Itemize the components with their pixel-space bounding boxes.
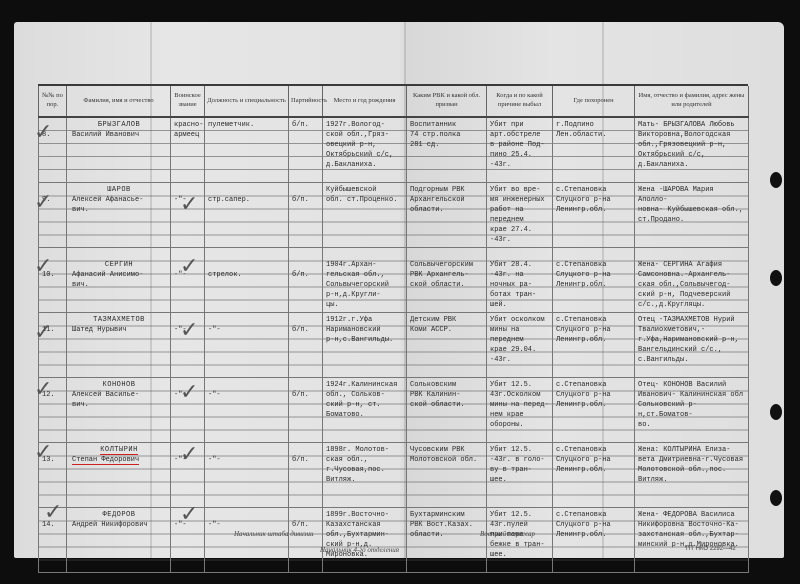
party-cell: б/п. bbox=[289, 248, 323, 313]
col-header-rank: Воинское звание bbox=[171, 86, 205, 117]
surname: ТАЗМАХМЕТОВ bbox=[70, 315, 168, 325]
name-cell: КОЛТЫРИНСтепан Федорович bbox=[67, 443, 171, 508]
party-cell: б/п. bbox=[289, 313, 323, 378]
check-mark-icon: ✓ bbox=[180, 318, 198, 343]
name-cell: СЕРГИНАфанасий Анисимо- вич. bbox=[67, 248, 171, 313]
position-cell: стрелок. bbox=[205, 248, 289, 313]
relatives-cell: Отец- КОНОНОВ Василий Иванович- Калининс… bbox=[635, 378, 749, 443]
surname: ШАРОВ bbox=[70, 185, 168, 195]
col-header-rvk: Каким РВК и какой обл. призван bbox=[407, 86, 487, 117]
party-cell: б/п. bbox=[289, 183, 323, 248]
name-cell: БРЫЗГАЛОВВасилий Иванович bbox=[67, 117, 171, 183]
rvk-cell: Воспитанник 74 стр.полка 281 сд. bbox=[407, 117, 487, 183]
rvk-cell: Сольвычегорским РВК Архангель- ской обла… bbox=[407, 248, 487, 313]
buried-cell: г.Подпино Лен.области. bbox=[553, 117, 635, 183]
buried-cell: с.Степановка Слуцкого р-на Ленингр.обл. bbox=[553, 508, 635, 573]
birth-cell: 1904г.Архан- гельская обл., Сольвычегорс… bbox=[323, 248, 407, 313]
check-mark-icon: ✓ bbox=[180, 254, 198, 279]
position-cell: стр.сапер. bbox=[205, 183, 289, 248]
rvk-cell: Сольковским РВК Калинин- ской области. bbox=[407, 378, 487, 443]
punch-hole bbox=[770, 270, 782, 286]
relatives-cell: Жена -ШАРОВА Мария Аполло- новна- Куйбыш… bbox=[635, 183, 749, 248]
signature-military-commissar: Военный комиссар bbox=[480, 530, 535, 538]
given-name: Афанасий Анисимо- вич. bbox=[70, 270, 168, 290]
birth-cell: 1898г. Молотов- ская обл., г.Чусовая,пос… bbox=[323, 443, 407, 508]
col-header-name: Фамилия, имя и отчество bbox=[67, 86, 171, 117]
signature-chief-of-staff: Начальник штаба дивизии bbox=[234, 530, 314, 538]
check-mark-icon: ✓ bbox=[34, 190, 52, 215]
surname: БРЫЗГАЛОВ bbox=[70, 120, 168, 130]
birth-cell: Куйбышевской обл. ст.Проценко. bbox=[323, 183, 407, 248]
check-mark-icon: ✓ bbox=[180, 380, 198, 405]
name-cell: ШАРОВАлексей Афанасье- вич. bbox=[67, 183, 171, 248]
check-mark-icon: ✓ bbox=[34, 254, 52, 279]
reason-cell: Убит 28.4. -43г. на ночных ра- ботах тра… bbox=[487, 248, 553, 313]
rvk-cell: Подгорным РВК Архангельской области. bbox=[407, 183, 487, 248]
check-mark-icon: ✓ bbox=[180, 502, 198, 527]
relatives-cell: Жена- ФЕДОРОВА Василиса Никифоровна Вост… bbox=[635, 508, 749, 573]
given-name: Василий Иванович bbox=[70, 130, 168, 140]
party-cell: б/п. bbox=[289, 443, 323, 508]
col-header-birth: Место и год рождения bbox=[323, 86, 407, 117]
header-row: №№ по пор. Фамилия, имя и отчество Воинс… bbox=[39, 86, 749, 117]
birth-cell: 1927г.Вологод- ской обл.,Гряз- овецкий р… bbox=[323, 117, 407, 183]
punch-hole bbox=[770, 404, 782, 420]
check-mark-icon: ✓ bbox=[34, 377, 52, 402]
given-name: Степан Федорович bbox=[70, 455, 168, 465]
buried-cell: с.Степановка Слуцкого р-на Ленингр.обл. bbox=[553, 248, 635, 313]
punch-hole bbox=[770, 490, 782, 506]
position-cell: -"- bbox=[205, 443, 289, 508]
table-row: 12. КОНОНОВАлексей Василье- вич. -"- -"-… bbox=[39, 378, 749, 443]
casualty-register-table: №№ по пор. Фамилия, имя и отчество Воинс… bbox=[38, 86, 749, 573]
birth-cell: 1912г.г.Уфа Наримановский р-н,с.Вангильд… bbox=[323, 313, 407, 378]
reason-cell: Убит во вре- мя инженерных работ на пере… bbox=[487, 183, 553, 248]
position-cell: -"- bbox=[205, 508, 289, 573]
birth-cell: 1924г.Калининская обл., Сольков- ский р-… bbox=[323, 378, 407, 443]
reason-cell: Убит при арт.обстреле в районе Под- пино… bbox=[487, 117, 553, 183]
party-cell: б/п. bbox=[289, 508, 323, 573]
relatives-cell: Жена: КОЛТЫРИНА Елиза- вета Дмитриевна-г… bbox=[635, 443, 749, 508]
buried-cell: с.Степановка Слуцкого р-на Ленингр.обл. bbox=[553, 313, 635, 378]
rvk-cell: Детским РВК Коми АССР. bbox=[407, 313, 487, 378]
table-row: 10. СЕРГИНАфанасий Анисимо- вич. -"- стр… bbox=[39, 248, 749, 313]
check-mark-icon: ✓ bbox=[180, 442, 198, 467]
buried-cell: с.Степановка Слуцкого р-на Ленингр.обл. bbox=[553, 183, 635, 248]
table-row: 11. ТАЗМАХМЕТОВШатед Нурывич -"- -"- б/п… bbox=[39, 313, 749, 378]
col-header-reason: Когда и по какой причине выбыл bbox=[487, 86, 553, 117]
rank-cell: красно- армеец bbox=[171, 117, 205, 183]
check-mark-icon: ✓ bbox=[34, 320, 52, 345]
check-mark-icon: ✓ bbox=[180, 192, 198, 217]
name-cell: КОНОНОВАлексей Василье- вич. bbox=[67, 378, 171, 443]
document-sheet: №№ по пор. Фамилия, имя и отчество Воинс… bbox=[14, 22, 784, 558]
rvk-cell: Бухтарминским РВК Вост.Казах. области. bbox=[407, 508, 487, 573]
table-row: 8. БРЫЗГАЛОВВасилий Иванович красно- арм… bbox=[39, 117, 749, 183]
relatives-cell: Отец -ТАЗМАХМЕТОВ Нурий Твалиохметович,-… bbox=[635, 313, 749, 378]
reason-cell: Убит осколком мины на переднем крае 29.0… bbox=[487, 313, 553, 378]
surname: КОНОНОВ bbox=[70, 380, 168, 390]
position-cell: пулеметчик. bbox=[205, 117, 289, 183]
buried-cell: с.Степановка Слуцкого р-на Ленингр.обл. bbox=[553, 443, 635, 508]
party-cell: б/п. bbox=[289, 378, 323, 443]
buried-cell: с.Степановка Слуцкого р-на Ленингр.обл. bbox=[553, 378, 635, 443]
table-row: 13. КОЛТЫРИНСтепан Федорович -"- -"- б/п… bbox=[39, 443, 749, 508]
reason-cell: Убит 12.5. 43г.Осколком мины на перед- н… bbox=[487, 378, 553, 443]
relatives-cell: Жена- СЕРГИНА Агафия Самсоновна.-Арханге… bbox=[635, 248, 749, 313]
surname: СЕРГИН bbox=[70, 260, 168, 270]
check-mark-icon: ✓ bbox=[44, 500, 62, 525]
given-name: Алексей Афанасье- вич. bbox=[70, 195, 168, 215]
surname: КОЛТЫРИН bbox=[70, 445, 168, 455]
col-header-number: №№ по пор. bbox=[39, 86, 67, 117]
signature-chief-4th-department: Начальник 4-го отделения bbox=[320, 546, 399, 554]
birth-cell: 1899г.Восточно- Казахстанская обл.,Бухта… bbox=[323, 508, 407, 573]
given-name: Шатед Нурывич bbox=[70, 325, 168, 335]
rvk-cell: Чусовским РВК Молотовской обл. bbox=[407, 443, 487, 508]
reason-cell: Убит 12.5. 43г.пулей при пере- бежке в т… bbox=[487, 508, 553, 573]
col-header-party: Партийность bbox=[289, 86, 323, 117]
party-cell: б/п. bbox=[289, 117, 323, 183]
name-cell: ФЕДОРОВАндрей Никифорович bbox=[67, 508, 171, 573]
surname: ФЕДОРОВ bbox=[70, 510, 168, 520]
punch-hole bbox=[770, 172, 782, 188]
check-mark-icon: ✓ bbox=[34, 120, 52, 145]
position-cell: -"- bbox=[205, 378, 289, 443]
col-header-relatives: Имя, отчество и фамилия, адрес жены или … bbox=[635, 86, 749, 117]
table-row: 9. ШАРОВАлексей Афанасье- вич. -"- стр.с… bbox=[39, 183, 749, 248]
given-name: Алексей Василье- вич. bbox=[70, 390, 168, 410]
relatives-cell: Мать- БРЫЗГАЛОВА Любовь Викторовна,Волог… bbox=[635, 117, 749, 183]
col-header-buried: Где похоронен bbox=[553, 86, 635, 117]
position-cell: -"- bbox=[205, 313, 289, 378]
table-row: 14. ФЕДОРОВАндрей Никифорович -"- -"- б/… bbox=[39, 508, 749, 573]
name-cell: ТАЗМАХМЕТОВШатед Нурывич bbox=[67, 313, 171, 378]
check-mark-icon: ✓ bbox=[34, 440, 52, 465]
form-code: ПТ НКО 2292—42 bbox=[686, 546, 736, 552]
given-name: Андрей Никифорович bbox=[70, 520, 168, 530]
col-header-position: Должность и специальность bbox=[205, 86, 289, 117]
reason-cell: Убит 12.5. -43г. в голо- ву в тран- шее. bbox=[487, 443, 553, 508]
